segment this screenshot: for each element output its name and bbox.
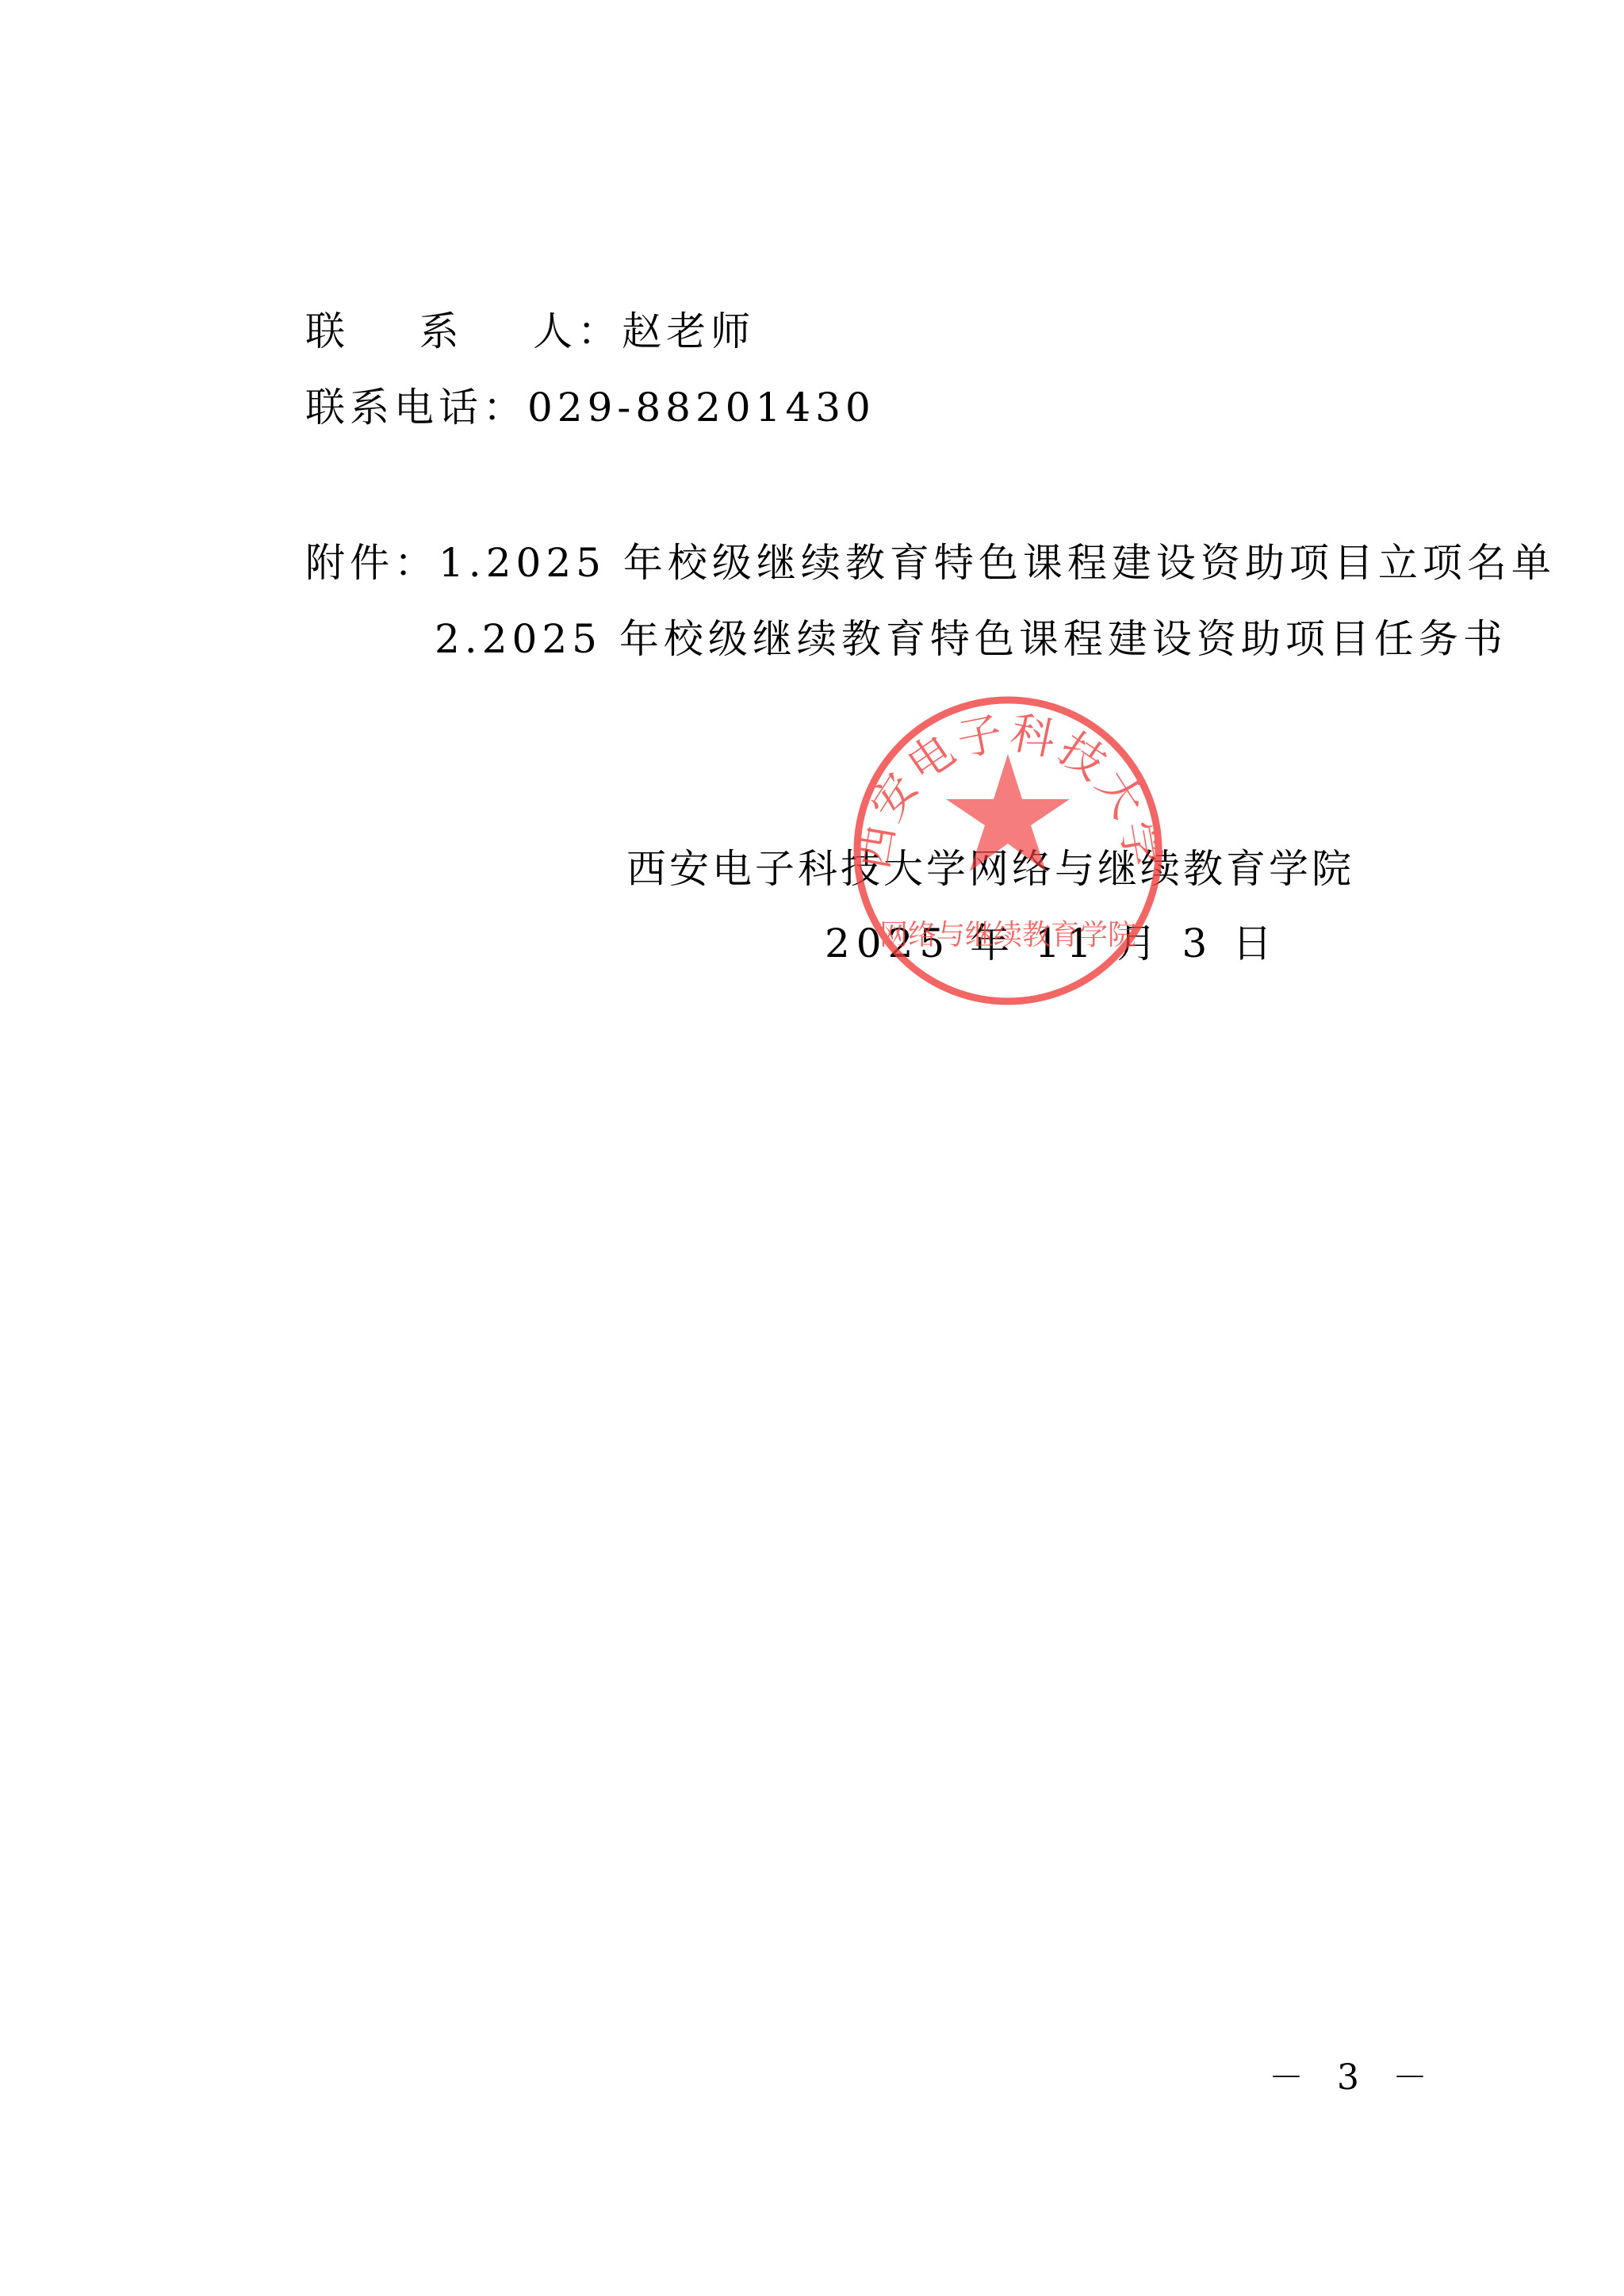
contact-phone-line: 联系电话：029-88201430 (305, 384, 875, 431)
stamp-bottom-text: 网络与继续教育学院 (879, 919, 1136, 951)
contact-phone-label: 联系电话： (305, 385, 527, 430)
contact-person-line: 联 系 人：赵老师 (305, 308, 755, 355)
page-number: － 3 － (1269, 2058, 1438, 2098)
attachment-item-2: 2.2025 年校级继续教育特色课程建设资助项目任务书 (435, 616, 1507, 662)
attachment-item-1: 1.2025 年校级继续教育特色课程建设资助项目立项名单 (439, 540, 1556, 586)
official-seal-stamp: 西安电子科技大学 网络与继续教育学院 (849, 692, 1166, 1009)
star-icon (946, 754, 1070, 871)
attachment-line-2: 2.2025 年校级继续教育特色课程建设资助项目任务书 (435, 615, 1507, 663)
contact-phone-value: 029-88201430 (527, 385, 875, 430)
attachment-label: 附件： (305, 540, 439, 586)
attachment-line-1: 附件：1.2025 年校级继续教育特色课程建设资助项目立项名单 (305, 539, 1556, 587)
contact-person-value: 赵老师 (622, 308, 755, 354)
contact-person-label: 联 系 人： (305, 308, 622, 354)
